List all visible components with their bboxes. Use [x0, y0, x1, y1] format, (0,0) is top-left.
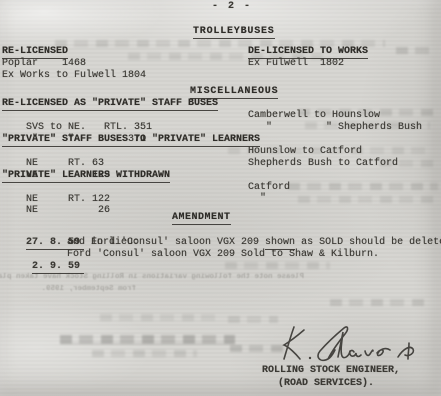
re-licensed-entry: Ex Works to Fulwell 1804	[2, 70, 146, 82]
amendment-text-continuation: and in lieu:	[67, 237, 139, 249]
route-cell: Hounslow to Catford	[248, 146, 362, 158]
de-licensed-entry: Ex Fulwell 1802	[248, 58, 344, 70]
route-cell: Camberwell to Hounslow	[248, 110, 380, 122]
bleed-through-smudge	[228, 316, 278, 323]
signature	[270, 323, 435, 365]
route-cell: "	[248, 193, 266, 205]
amendment-text: Ford 'Consul' saloon VGX 209 Sold to Sha…	[67, 249, 379, 261]
scanned-document-page: Please note the following variations in …	[0, 0, 441, 396]
bleed-through-smudge	[225, 262, 330, 269]
signatory-title: ROLLING STOCK ENGINEER,	[262, 365, 400, 377]
bleed-through-smudge	[330, 299, 425, 306]
signatory-department: (ROAD SERVICES).	[278, 378, 374, 390]
bleed-through-text: from September, 1959.	[14, 285, 136, 294]
vehicle-cell: NE 26	[26, 205, 110, 216]
bleed-through-smudge	[100, 314, 220, 321]
route-cell: " " Shepherds Bush	[248, 122, 422, 134]
amendment-text-part: as SOLD should be deleted;	[295, 237, 441, 248]
amendment-date-text: 2. 9. 59	[32, 261, 84, 274]
bleed-through-smudge	[396, 47, 436, 54]
heading-amendment: AMENDMENT	[172, 212, 231, 225]
page-number: - 2 -	[212, 1, 252, 13]
bleed-through-smudge	[92, 350, 197, 357]
route-cell: Shepherds Bush to Catford	[248, 158, 398, 170]
bleed-through-smudge	[60, 335, 235, 344]
title-trolleybuses: TROLLEYBUSES	[193, 26, 275, 39]
re-licensed-entry: Poplar 1468	[2, 58, 86, 70]
